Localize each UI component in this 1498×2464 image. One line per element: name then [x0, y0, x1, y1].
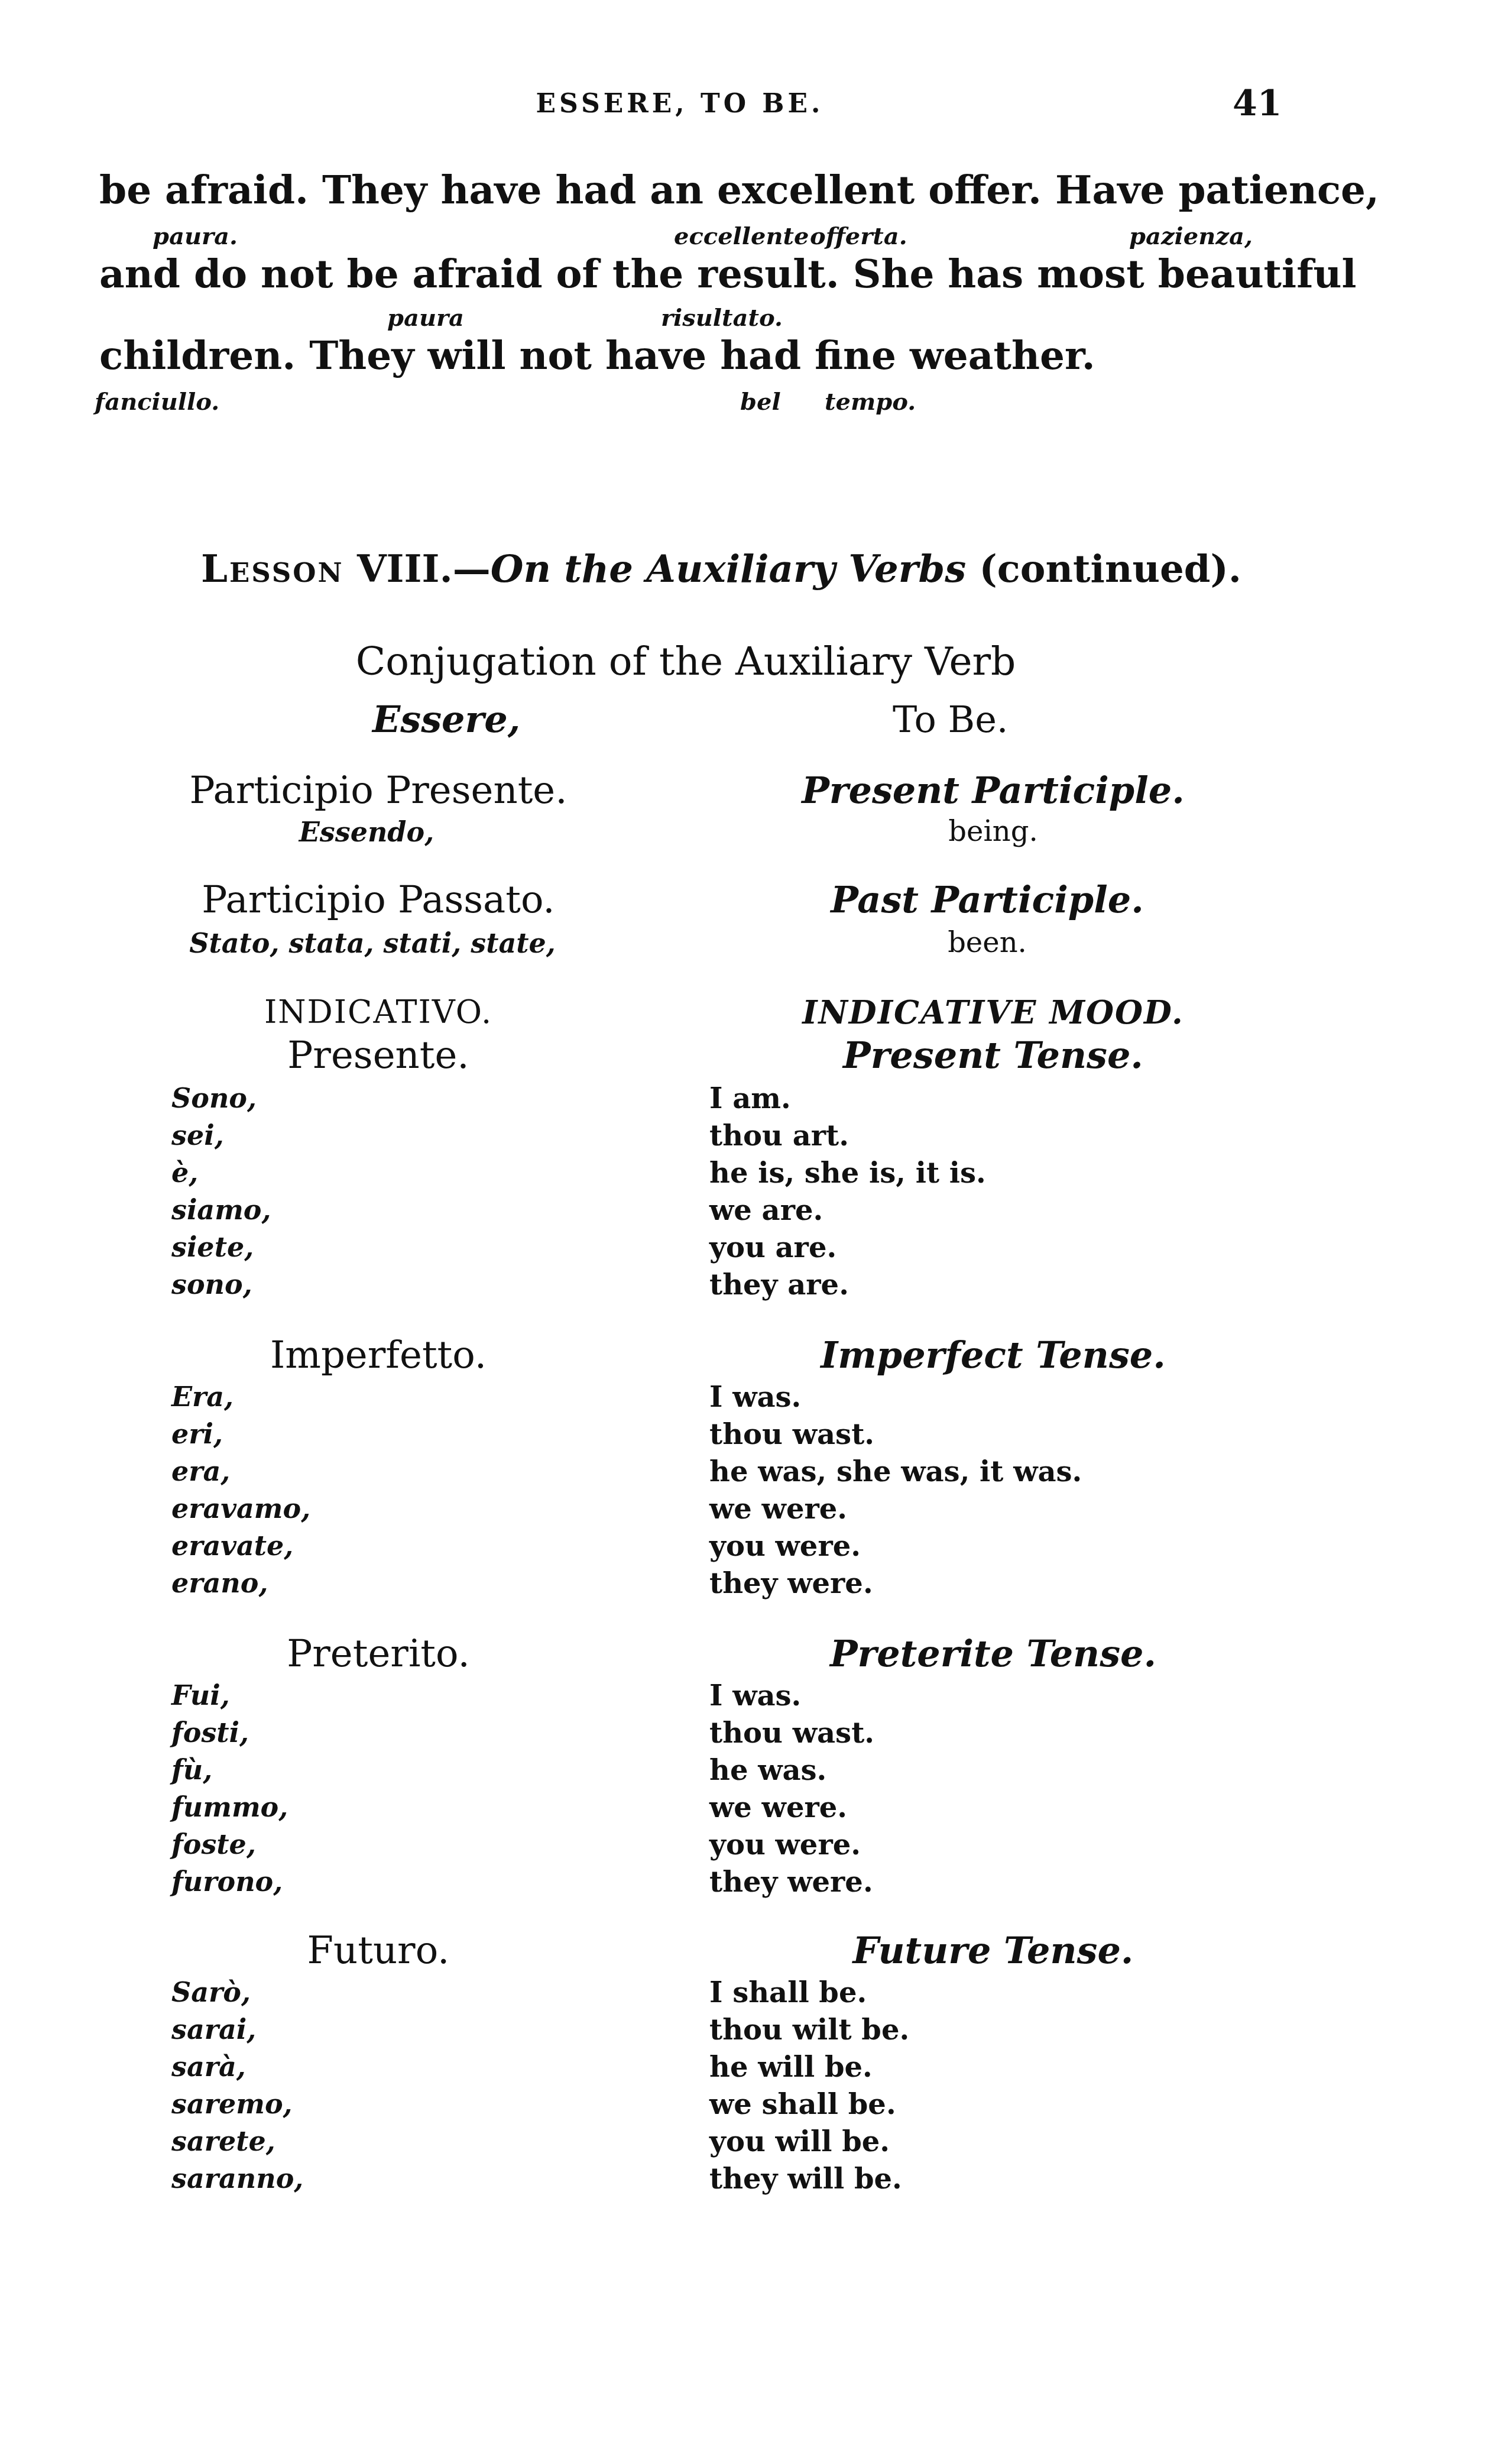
conj-row-en: thou wast. [709, 1418, 874, 1451]
gloss: pazienza, [1129, 222, 1253, 250]
conj-row-it: eravate, [171, 1530, 293, 1562]
conj-row-it: sono, [171, 1268, 252, 1300]
conj-row-it: erano, [171, 1567, 268, 1599]
present-participle-form-en: being. [948, 815, 1037, 848]
gloss: risultato. [661, 304, 783, 332]
conj-row-it: eri, [171, 1418, 223, 1450]
conj-row-en: I was. [709, 1381, 801, 1414]
verb-italian: Essere, [372, 698, 520, 741]
exercise-line: children. They will not have had fine we… [99, 332, 1282, 378]
conj-row-it: era, [171, 1455, 230, 1487]
conj-row-it: è, [171, 1157, 198, 1189]
conj-row-en: we were. [709, 1791, 847, 1824]
page-number: 41 [1233, 83, 1282, 124]
lesson-suffix: (continued). [966, 547, 1241, 591]
conj-row-en: you will be. [709, 2125, 890, 2158]
tense-head-en: Preterite Tense. [830, 1632, 1156, 1675]
lesson-title: On the Auxiliary Verbs [491, 547, 967, 591]
tense-head-it: Preterito. [287, 1632, 470, 1676]
past-participle-form-en: been. [948, 926, 1027, 959]
conj-row-en: I was. [709, 1679, 801, 1712]
conj-row-it: foste, [171, 1828, 256, 1860]
conj-row-en: he was, she was, it was. [709, 1455, 1082, 1488]
conj-row-en: they were. [709, 1866, 873, 1899]
tense-head-it: Futuro. [307, 1929, 450, 1973]
conj-row-en: you were. [709, 1530, 861, 1563]
gloss: eccellente [674, 222, 809, 250]
conj-row-en: we shall be. [709, 2088, 896, 2121]
conj-row-it: fù, [171, 1754, 212, 1786]
conjugation-title: Conjugation of the Auxiliary Verb [356, 639, 1016, 684]
conj-row-it: siete, [171, 1231, 254, 1263]
conj-row-it: Fui, [171, 1679, 230, 1711]
lesson-heading: Lesson VIII.—On the Auxiliary Verbs (con… [201, 547, 1241, 591]
conj-row-en: he will be. [709, 2051, 873, 2084]
tense-head-en: Future Tense. [853, 1929, 1134, 1972]
conj-row-en: thou wast. [709, 1717, 874, 1750]
present-participle-head-it: Participio Presente. [189, 769, 567, 812]
conj-row-en: they are. [709, 1268, 849, 1301]
present-participle-head-en: Present Participle. [802, 769, 1185, 812]
conj-row-it: sarà, [171, 2051, 246, 2083]
present-participle-form-it: Essendo, [299, 816, 434, 848]
conj-row-it: Era, [171, 1381, 234, 1413]
tense-head-en: Imperfect Tense. [821, 1333, 1166, 1377]
mood-english: INDICATIVE MOOD. [802, 993, 1184, 1031]
lesson-number: VIII. [357, 547, 453, 591]
conj-row-it: saranno, [171, 2162, 303, 2194]
conj-row-it: fosti, [171, 1717, 249, 1749]
conj-row-it: furono, [171, 1866, 283, 1898]
conj-row-it: Sarò, [171, 1976, 251, 2008]
conj-row-it: fummo, [171, 1791, 288, 1823]
conj-row-en: thou wilt be. [709, 2013, 909, 2047]
conj-row-en: you were. [709, 1828, 861, 1861]
past-participle-head-en: Past Participle. [831, 878, 1143, 921]
conj-row-it: sarai, [171, 2013, 256, 2045]
gloss: paura. [153, 222, 238, 250]
lesson-dash: — [453, 547, 491, 591]
verb-english: To Be. [893, 698, 1009, 741]
conj-row-en: we are. [709, 1194, 823, 1227]
running-head: ESSERE, TO BE. [536, 89, 824, 119]
conj-row-it: eravamo, [171, 1492, 310, 1524]
exercise-line: be afraid. They have had an excellent of… [99, 167, 1282, 213]
conj-row-it: sei, [171, 1119, 224, 1151]
gloss: paura [387, 304, 464, 332]
conj-row-en: I am. [709, 1082, 791, 1115]
tense-head-en: Present Tense. [843, 1034, 1143, 1077]
conj-row-en: thou art. [709, 1119, 849, 1152]
past-participle-head-it: Participio Passato. [202, 878, 555, 922]
past-participle-form-it: Stato, stata, stati, state, [189, 927, 555, 959]
conj-row-it: siamo, [171, 1194, 271, 1226]
mood-italian: INDICATIVO. [264, 993, 492, 1031]
lesson-label: Lesson [201, 547, 344, 591]
exercise-line: and do not be afraid of the result. She … [99, 251, 1282, 297]
gloss: fanciullo. [95, 388, 219, 416]
conj-row-it: sarete, [171, 2125, 275, 2157]
conj-row-en: you are. [709, 1231, 836, 1264]
gloss: bel [740, 388, 781, 416]
conj-row-en: we were. [709, 1492, 847, 1526]
tense-head-it: Presente. [287, 1034, 469, 1077]
conj-row-it: saremo, [171, 2088, 293, 2120]
conj-row-it: Sono, [171, 1082, 257, 1114]
tense-head-it: Imperfetto. [270, 1333, 487, 1377]
conj-row-en: he was. [709, 1754, 826, 1787]
conj-row-en: I shall be. [709, 1976, 867, 2009]
conj-row-en: they were. [709, 1567, 873, 1600]
gloss: offerta. [810, 222, 907, 250]
conj-row-en: they will be. [709, 2162, 902, 2196]
gloss: tempo. [825, 388, 916, 416]
conj-row-en: he is, she is, it is. [709, 1157, 986, 1190]
